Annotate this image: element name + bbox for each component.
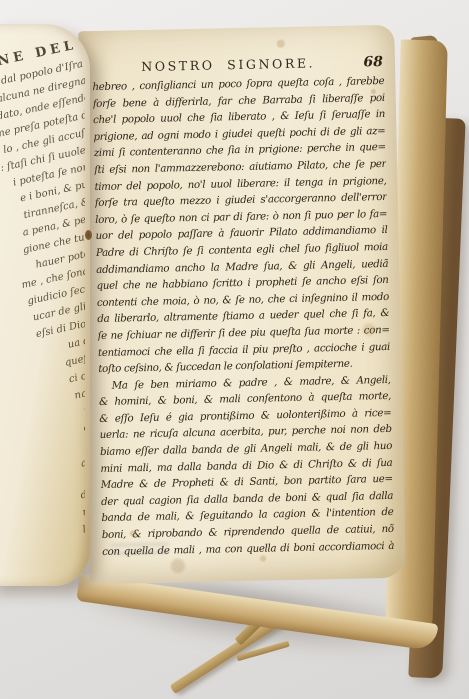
main-page: NOSTRO SIGNORE. 68 hebreo , conſiglianci… [78,25,406,584]
left-page-text: NE DEL na dal popolo d'Iſraalcuna ne dir… [0,36,85,548]
body-text: hebreo , conſiglianci un poco ſopra queſ… [92,73,394,560]
ink-bleed-through [111,538,169,555]
wormhole-spot [85,230,92,240]
page-header: NOSTRO SIGNORE. 68 [93,54,385,76]
running-title: NOSTRO SIGNORE. [93,54,364,75]
left-page-text-clip: NE DEL na dal popolo d'Iſraalcuna ne dir… [0,32,85,574]
left-page-lines: na dal popolo d'Iſraalcuna ne diregnadat… [0,55,85,485]
book-photograph: NOSTRO SIGNORE. 68 hebreo , conſiglianci… [0,0,469,699]
left-page: NE DEL na dal popolo d'Iſraalcuna ne dir… [0,24,90,586]
page-number: 68 [363,54,385,70]
